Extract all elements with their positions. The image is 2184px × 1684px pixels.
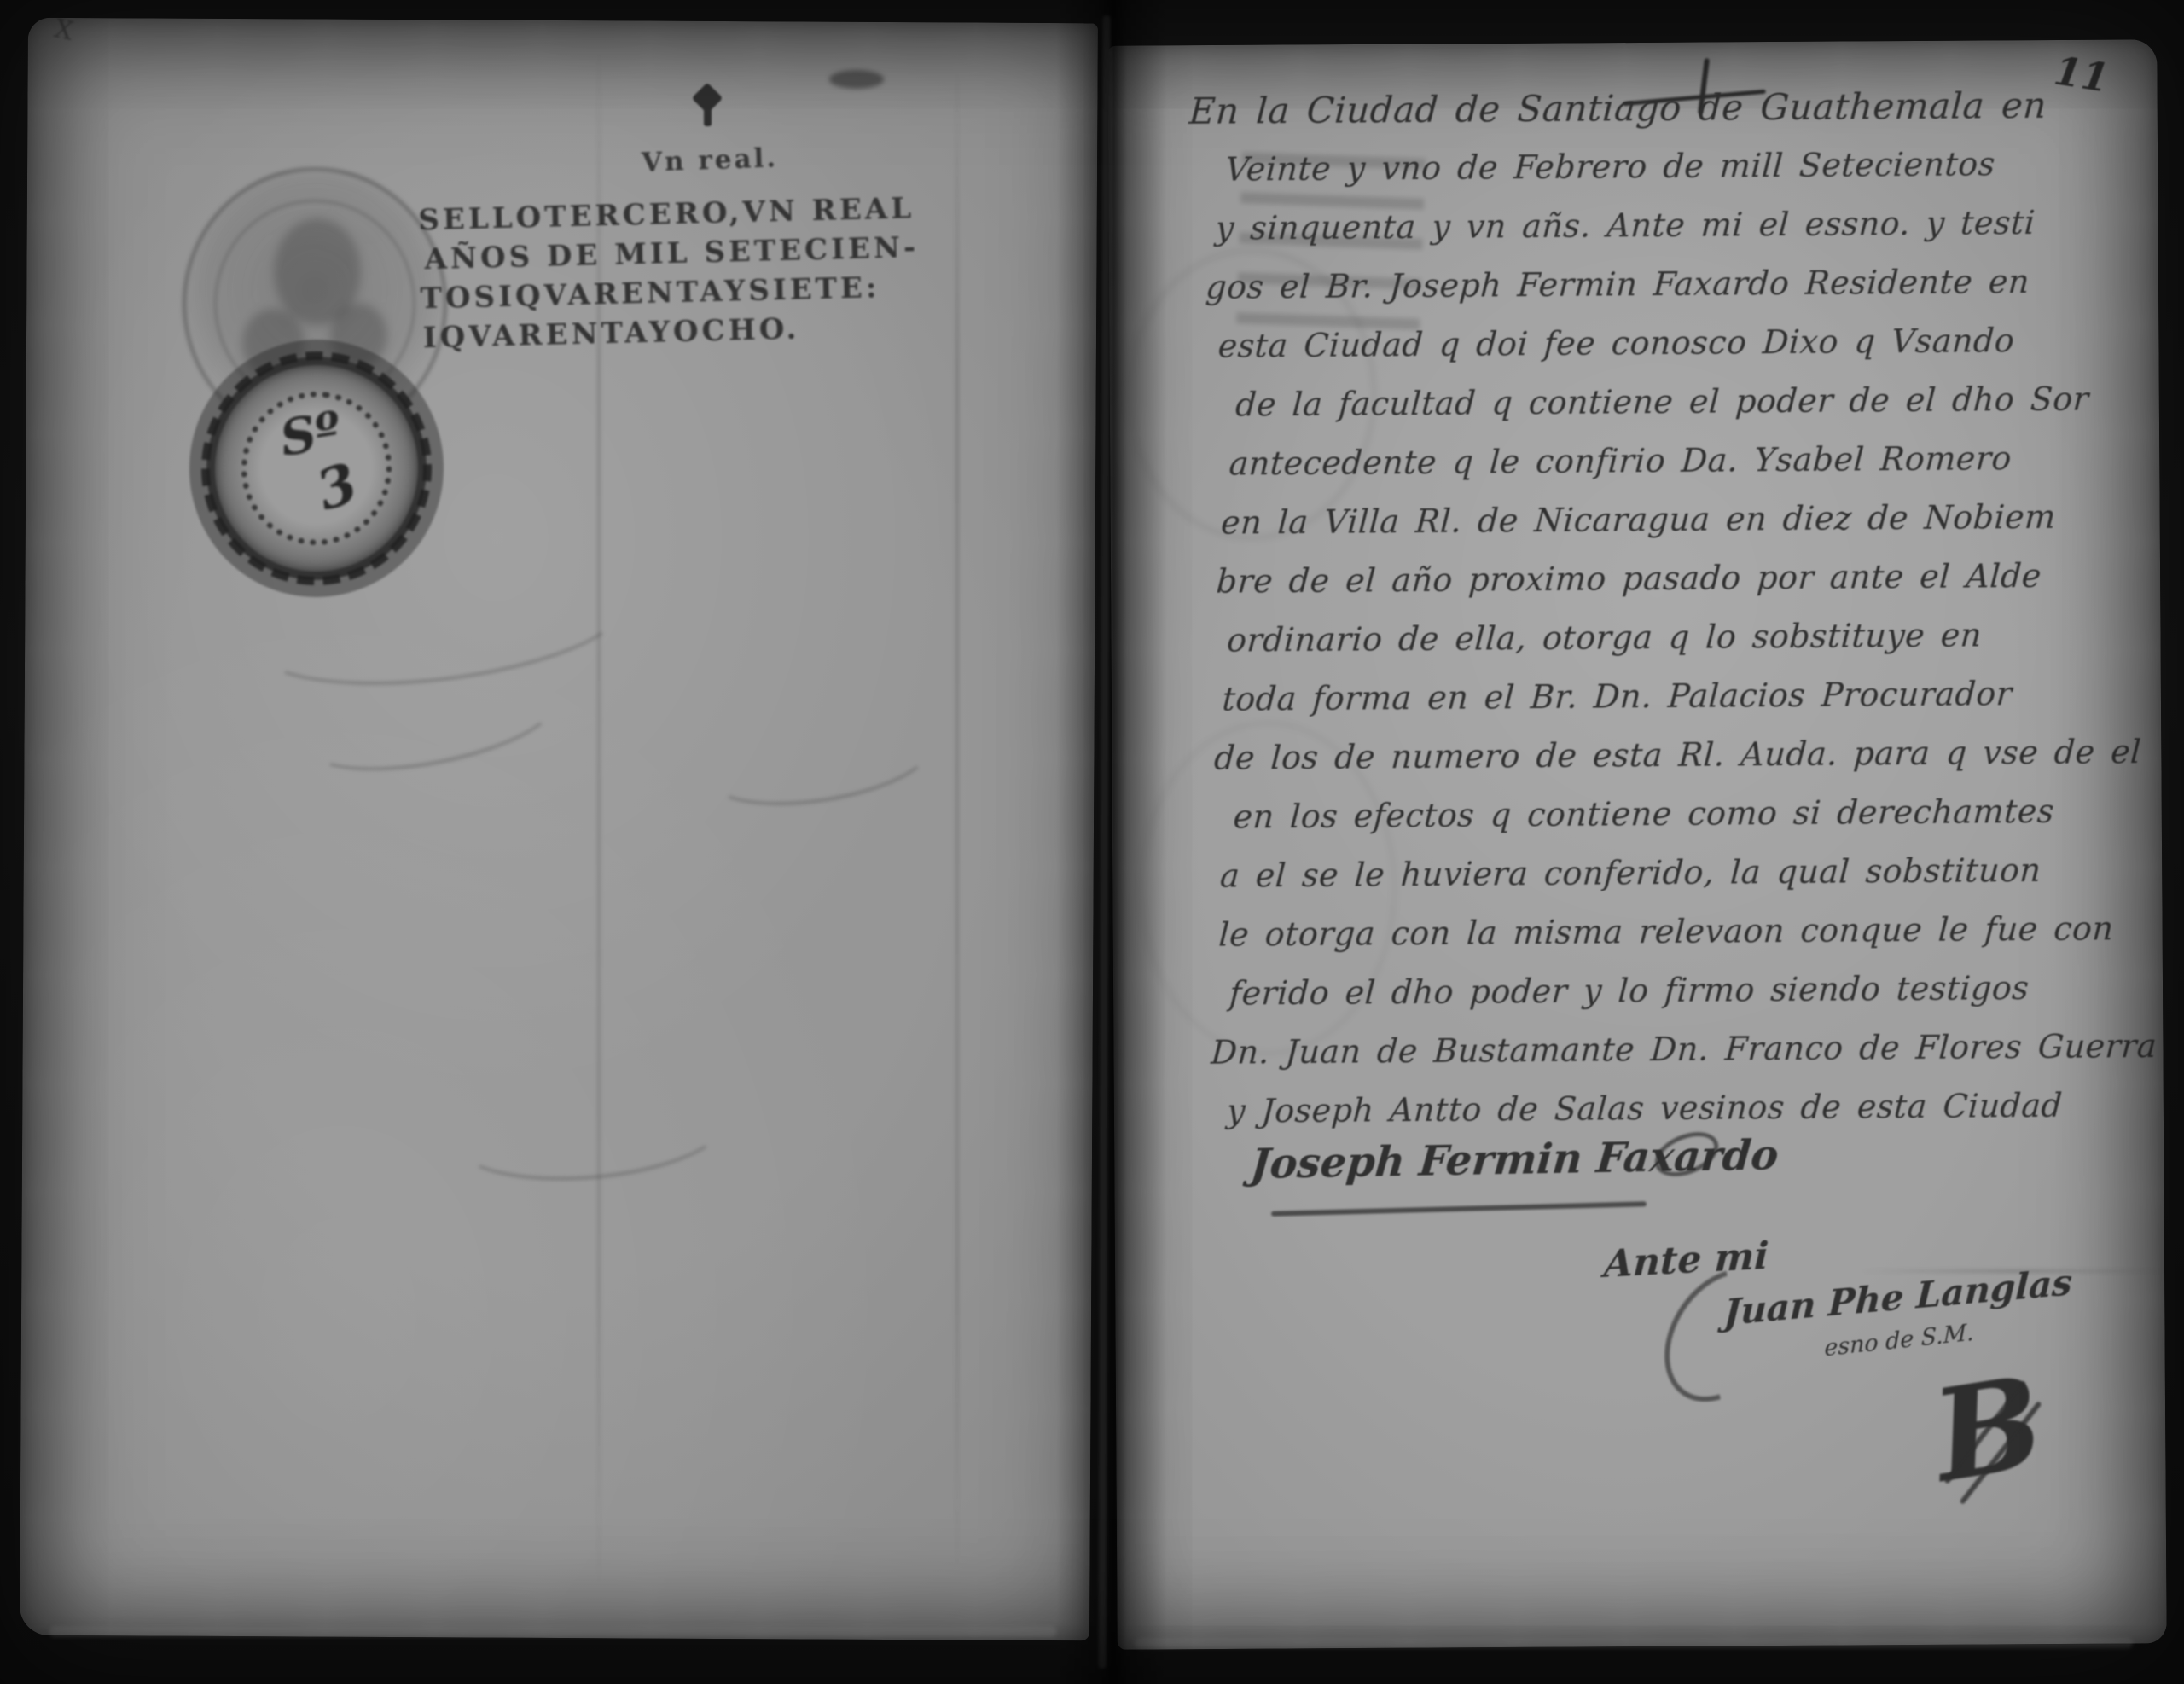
stamp-caption: Vn real.	[641, 142, 778, 178]
manuscript-line: gos el Br. Joseph Fermin Faxardo Residen…	[1188, 252, 2156, 317]
manuscript-line: y Joseph Antto de Salas vesinos de esta …	[1194, 1076, 2162, 1141]
book-scan: X Vn real. SELLOTERCERO,VN REAL AÑOS DE …	[0, 0, 2184, 1684]
manuscript-line: ferido el dho poder y lo firmo siendo te…	[1194, 958, 2161, 1024]
manuscript-line: a el se le huviera conferido, la qual so…	[1193, 840, 2160, 906]
left-page-stack-edge	[49, 1626, 1056, 1637]
manuscript-line: de los de numero de esta Rl. Auda. para …	[1192, 723, 2159, 788]
manuscript-line: bre de el año proximo pasado por ante el…	[1191, 546, 2158, 612]
right-page-stack-edge	[1135, 1638, 2133, 1648]
papel-sellado-stamp-text: SELLOTERCERO,VN REAL AÑOS DE MIL SETECIE…	[418, 189, 933, 358]
manuscript-line: le otorga con la misma relevaon conque l…	[1193, 899, 2160, 965]
manuscript-line: Dn. Juan de Bustamante Dn. Franco de Flo…	[1194, 1017, 2161, 1083]
manuscript-line: en la Villa Rl. de Nicaragua en diez de …	[1190, 487, 2158, 553]
manuscript-text: En la Ciudad de Santiago de Guathemala e…	[1189, 75, 2161, 1141]
manuscript-line: en los efectos q contiene como si derech…	[1193, 781, 2160, 847]
manuscript-line: En la Ciudad de Santiago de Guathemala e…	[1188, 75, 2155, 141]
manuscript-line: ordinario de ella, otorga q lo sobstituy…	[1191, 605, 2158, 671]
ink-smudge	[829, 70, 884, 89]
manuscript-line: y sinquenta y vn añs. Ante mi el essno. …	[1188, 193, 2156, 258]
manuscript-line: Veinte y vno de Febrero de mill Setecien…	[1188, 134, 2155, 200]
manuscript-line: de la facultad q contiene el poder de el…	[1189, 369, 2157, 435]
manuscript-line: antecedente q le confirio Da. Ysabel Rom…	[1190, 428, 2158, 494]
manuscript-line: toda forma en el Br. Dn. Palacios Procur…	[1192, 664, 2159, 729]
manuscript-line: esta Ciudad q doi fee conosco Dixo q Vsa…	[1189, 311, 2157, 376]
